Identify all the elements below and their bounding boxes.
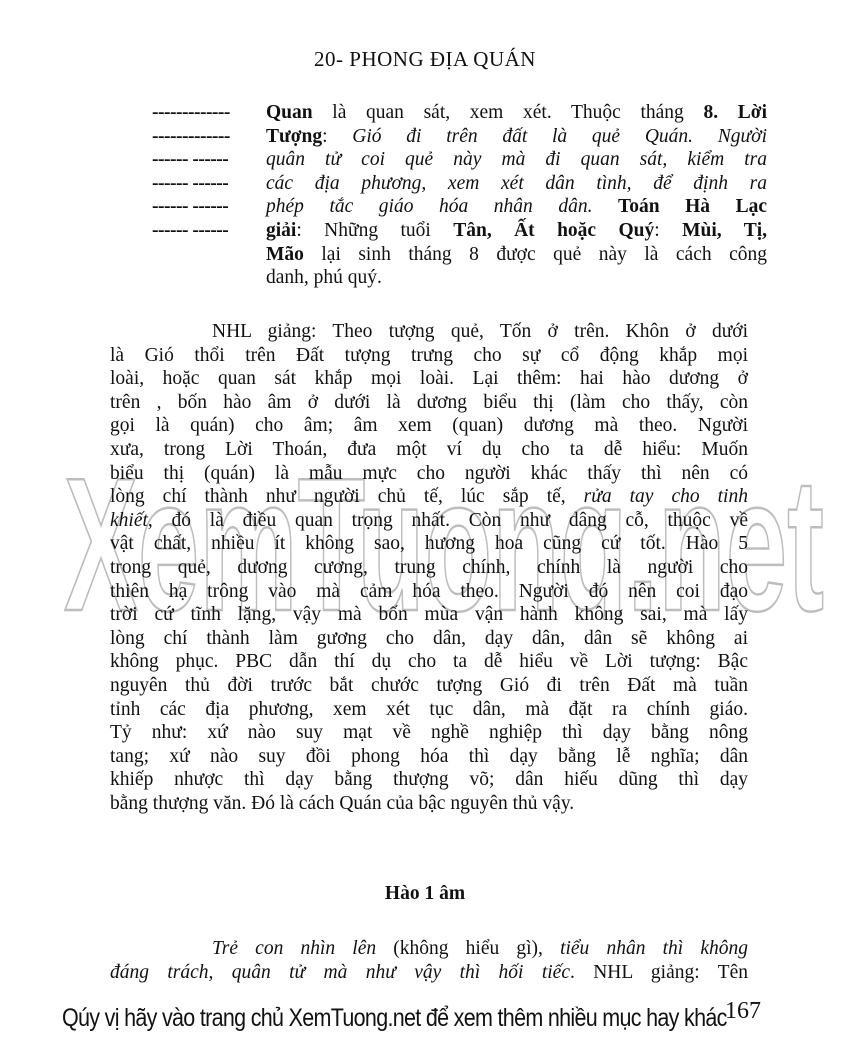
intro-line: ------ ------giải: Những tuổi Tân, Ất ho… bbox=[152, 219, 767, 243]
dash-filler: ------ ------ bbox=[152, 195, 266, 219]
text-line: lòng chí thành làm gương cho dân, dạy dâ… bbox=[110, 627, 748, 651]
text-line: tang; xứ nào suy đồi phong hóa thì dạy b… bbox=[110, 745, 748, 769]
dash-filler: ------ ------ bbox=[152, 148, 266, 172]
text-line: không phục. PBC dẫn thí dụ cho ta dễ hiể… bbox=[110, 650, 748, 674]
text-line: trên , bốn hào âm ở dưới là dương biểu t… bbox=[110, 391, 748, 415]
scanned-book-page: XemTuong.net 20- PHONG ĐỊA QUÁN --------… bbox=[0, 0, 850, 1049]
text-line: NHL giảng: Theo tượng quẻ, Tốn ở trên. K… bbox=[110, 320, 748, 344]
site-footer-banner: Qúy vị hãy vào trang chủ XemTuong.net để… bbox=[62, 1004, 727, 1033]
hao-paragraph: Trẻ con nhìn lên (không hiểu gì), tiểu n… bbox=[110, 937, 748, 984]
intro-block: -------------Quan là quan sát, xem xét. … bbox=[152, 101, 767, 290]
text-line: khiết, đó là điều quan trọng nhất. Còn n… bbox=[110, 509, 748, 533]
text-line: nguyên thủ đời trước bắt chước tượng Gió… bbox=[110, 674, 748, 698]
dash-filler: ------ ------ bbox=[152, 219, 266, 243]
dash-filler: ------------- bbox=[152, 125, 266, 149]
intro-line: ------ ------các địa phương, xem xét dân… bbox=[152, 172, 767, 196]
chapter-title: 20- PHONG ĐỊA QUÁN bbox=[0, 47, 850, 72]
text-line: Tỷ như: xứ nào suy mạt về nghề nghiệp th… bbox=[110, 721, 748, 745]
text-line: đáng trách, quân tử mà như vậy thì hối t… bbox=[110, 961, 748, 985]
text-line: là Gió thổi trên Đất tượng trưng cho sự … bbox=[110, 344, 748, 368]
page-number: 167 bbox=[725, 998, 761, 1025]
text-line: gọi là quán) cho âm; âm xem (quan) dương… bbox=[110, 414, 748, 438]
commentary-paragraph: NHL giảng: Theo tượng quẻ, Tốn ở trên. K… bbox=[110, 320, 748, 815]
section-heading: Hào 1 âm bbox=[0, 883, 850, 905]
text-line: biểu thị (quán) là mẫu mực cho người khá… bbox=[110, 462, 748, 486]
dash-filler: ------ ------ bbox=[152, 172, 266, 196]
text-line: vật chất, nhiều ít không sao, hương hoa … bbox=[110, 532, 748, 556]
text-line: xưa, trong Lời Thoán, đưa một ví dụ cho … bbox=[110, 438, 748, 462]
text-line: trong quẻ, dương cương, trung chính, chí… bbox=[110, 556, 748, 580]
intro-line: Mão lại sinh tháng 8 được quẻ này là các… bbox=[152, 243, 767, 267]
text-line: loài, hoặc quan sát khắp mọi loài. Lại t… bbox=[110, 367, 748, 391]
intro-line: -------------Quan là quan sát, xem xét. … bbox=[152, 101, 767, 125]
text-line: bằng thượng văn. Đó là cách Quán của bậc… bbox=[110, 792, 748, 816]
intro-line: danh, phú quý. bbox=[152, 266, 767, 290]
intro-line: ------ ------phép tắc giáo hóa nhân dân.… bbox=[152, 195, 767, 219]
dash-filler: ------------- bbox=[152, 101, 266, 125]
text-line: Trẻ con nhìn lên (không hiểu gì), tiểu n… bbox=[110, 937, 748, 961]
text-line: thiên hạ trông vào mà cảm hóa theo. Ngườ… bbox=[110, 580, 748, 604]
intro-line: -------------Tượng: Gió đi trên đất là q… bbox=[152, 125, 767, 149]
text-line: trời cứ tĩnh lặng, vậy mà bốn mùa vận hà… bbox=[110, 603, 748, 627]
text-line: khiếp nhược thì dạy bằng thượng võ; dân … bbox=[110, 768, 748, 792]
text-line: lòng chí thành như người chủ tế, lúc sắp… bbox=[110, 485, 748, 509]
text-line: tỉnh các địa phương, xem xét tục dân, mà… bbox=[110, 698, 748, 722]
intro-line: ------ ------quân tử coi quẻ này mà đi q… bbox=[152, 148, 767, 172]
